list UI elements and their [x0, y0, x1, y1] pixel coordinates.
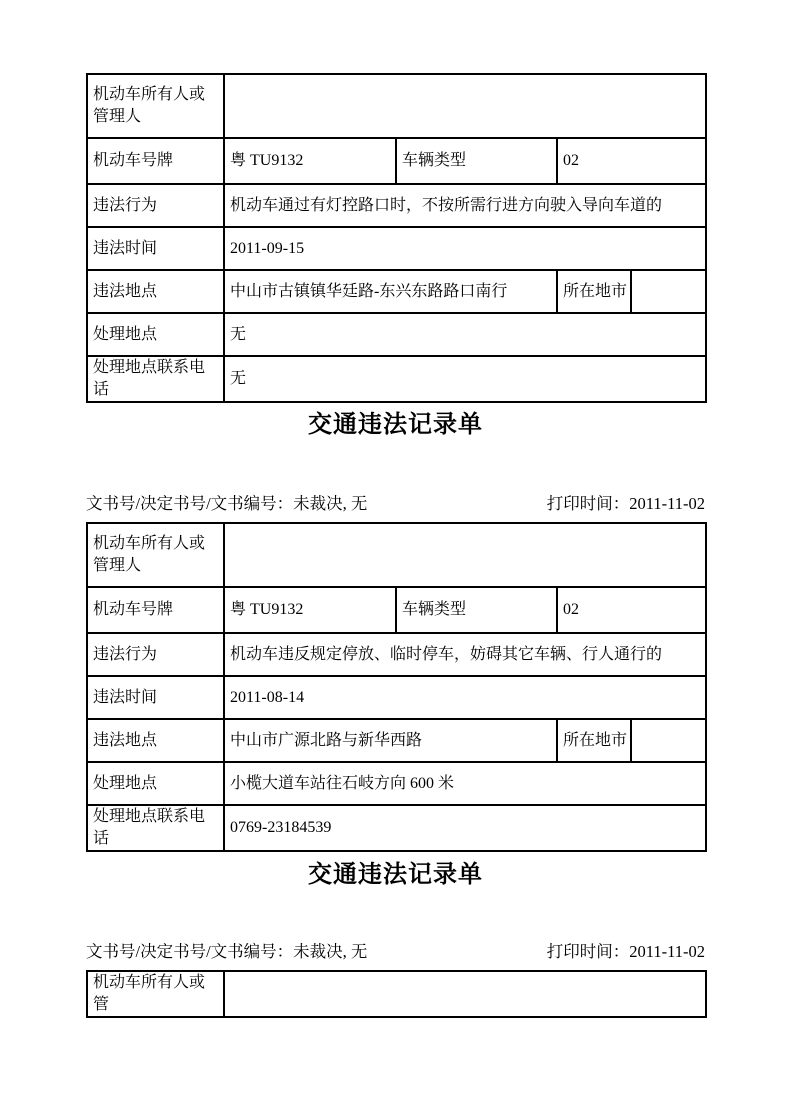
- vehicle-type-label: 车辆类型: [396, 587, 557, 633]
- table-row: 违法行为 机动车违反规定停放、临时停车，妨碍其它车辆、行人通行的: [87, 633, 706, 676]
- behavior-label: 违法行为: [87, 184, 224, 227]
- table-row: 处理地点联系电话 0769-23184539: [87, 805, 706, 851]
- behavior-value: 机动车违反规定停放、临时停车，妨碍其它车辆、行人通行的: [224, 633, 706, 676]
- city-label: 所在地市: [557, 270, 631, 313]
- document-page: 机动车所有人或管理人 机动车号牌 粤 TU9132 车辆类型 02 违法行为 机…: [0, 0, 792, 1120]
- print-time: 打印时间：2011-11-02: [547, 941, 705, 963]
- time-value: 2011-08-14: [224, 676, 706, 719]
- print-time-label: 打印时间：: [547, 942, 630, 961]
- doc-number-value: 未裁决, 无: [293, 942, 367, 961]
- table-row: 机动车所有人或管: [87, 971, 706, 1017]
- plate-value: 粤 TU9132: [224, 138, 396, 184]
- table-row: 机动车所有人或管理人: [87, 523, 706, 587]
- doc-info-line: 文书号/决定书号/文书编号：未裁决, 无 打印时间：2011-11-02: [86, 493, 705, 515]
- owner-label-truncated: 机动车所有人或管: [87, 971, 224, 1017]
- behavior-value: 机动车通过有灯控路口时，不按所需行进方向驶入导向车道的: [224, 184, 706, 227]
- process-place-value: 无: [224, 313, 706, 356]
- table-row: 处理地点 无: [87, 313, 706, 356]
- plate-value: 粤 TU9132: [224, 587, 396, 633]
- owner-value: [224, 971, 706, 1017]
- doc-number-label: 文书号/决定书号/文书编号：: [86, 494, 293, 513]
- table-row: 机动车所有人或管理人: [87, 74, 706, 138]
- table-row: 违法行为 机动车通过有灯控路口时，不按所需行进方向驶入导向车道的: [87, 184, 706, 227]
- process-phone-value: 无: [224, 356, 706, 402]
- vehicle-type-label: 车辆类型: [396, 138, 557, 184]
- owner-label: 机动车所有人或管理人: [87, 523, 224, 587]
- violation-record-table-1: 机动车所有人或管理人 机动车号牌 粤 TU9132 车辆类型 02 违法行为 机…: [86, 73, 707, 403]
- vehicle-type-value: 02: [557, 587, 706, 633]
- process-place-label: 处理地点: [87, 762, 224, 805]
- place-value: 中山市广源北路与新华西路: [224, 719, 557, 762]
- place-label: 违法地点: [87, 719, 224, 762]
- table-row: 机动车号牌 粤 TU9132 车辆类型 02: [87, 587, 706, 633]
- print-time-label: 打印时间：: [547, 494, 630, 513]
- table-row: 违法时间 2011-08-14: [87, 676, 706, 719]
- doc-number: 文书号/决定书号/文书编号：未裁决, 无: [86, 941, 367, 963]
- table-row: 违法时间 2011-09-15: [87, 227, 706, 270]
- owner-value: [224, 74, 706, 138]
- place-value: 中山市古镇镇华廷路-东兴东路路口南行: [224, 270, 557, 313]
- doc-info-line: 文书号/决定书号/文书编号：未裁决, 无 打印时间：2011-11-02: [86, 941, 705, 963]
- page-title: 交通违法记录单: [86, 410, 705, 440]
- plate-label: 机动车号牌: [87, 587, 224, 633]
- behavior-label: 违法行为: [87, 633, 224, 676]
- table-row: 处理地点 小榄大道车站往石岐方向 600 米: [87, 762, 706, 805]
- page-title: 交通违法记录单: [86, 860, 705, 890]
- owner-value: [224, 523, 706, 587]
- time-label: 违法时间: [87, 676, 224, 719]
- doc-number: 文书号/决定书号/文书编号：未裁决, 无: [86, 493, 367, 515]
- vehicle-type-value: 02: [557, 138, 706, 184]
- process-place-value: 小榄大道车站往石岐方向 600 米: [224, 762, 706, 805]
- doc-number-value: 未裁决, 无: [293, 494, 367, 513]
- table-row: 处理地点联系电话 无: [87, 356, 706, 402]
- process-phone-value: 0769-23184539: [224, 805, 706, 851]
- process-phone-label: 处理地点联系电话: [87, 805, 224, 851]
- table-row: 机动车号牌 粤 TU9132 车辆类型 02: [87, 138, 706, 184]
- time-label: 违法时间: [87, 227, 224, 270]
- print-time-value: 2011-11-02: [629, 494, 705, 513]
- violation-record-table-3-partial: 机动车所有人或管: [86, 970, 707, 1018]
- violation-record-table-2: 机动车所有人或管理人 机动车号牌 粤 TU9132 车辆类型 02 违法行为 机…: [86, 522, 707, 852]
- city-value: [631, 719, 706, 762]
- table-row: 违法地点 中山市广源北路与新华西路 所在地市: [87, 719, 706, 762]
- table-row: 违法地点 中山市古镇镇华廷路-东兴东路路口南行 所在地市: [87, 270, 706, 313]
- plate-label: 机动车号牌: [87, 138, 224, 184]
- time-value: 2011-09-15: [224, 227, 706, 270]
- place-label: 违法地点: [87, 270, 224, 313]
- process-phone-label: 处理地点联系电话: [87, 356, 224, 402]
- print-time: 打印时间：2011-11-02: [547, 493, 705, 515]
- city-value: [631, 270, 706, 313]
- city-label: 所在地市: [557, 719, 631, 762]
- process-place-label: 处理地点: [87, 313, 224, 356]
- owner-label: 机动车所有人或管理人: [87, 74, 224, 138]
- print-time-value: 2011-11-02: [629, 942, 705, 961]
- doc-number-label: 文书号/决定书号/文书编号：: [86, 942, 293, 961]
